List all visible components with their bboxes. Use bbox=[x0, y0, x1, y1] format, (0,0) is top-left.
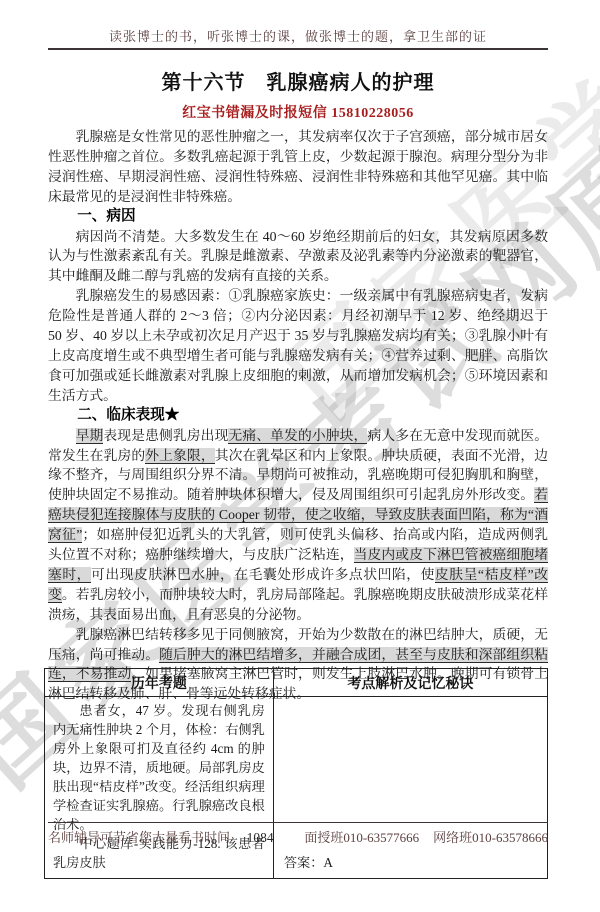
footer-phone-onsite: 面授班010-63577666 bbox=[304, 827, 419, 846]
exam-table: 历年考题 考点解析及记忆秘诀 患者女，47 岁。发现右侧乳房内无痛性肿块 2 个… bbox=[44, 668, 548, 879]
footer-slogan: 名师辅导可节省您大量看书时间 bbox=[48, 827, 230, 846]
page-title: 第十六节 乳腺癌病人的护理 bbox=[48, 66, 548, 95]
question-text: 患者女，47 岁。发现右侧乳房内无痛性肿块 2 个月，体检：右侧乳房外上象限可扪… bbox=[53, 701, 265, 834]
footer-phone-online: 网络班010-63578666 bbox=[433, 827, 548, 846]
paragraph-etiology-1: 病因尚不清楚。大多数发生在 40～60 岁绝经期前后的妇女，其发病原因多数认为与… bbox=[48, 227, 548, 287]
page-number: 1084 bbox=[230, 830, 290, 846]
answer-cell: 答案：A bbox=[273, 697, 547, 879]
header-divider bbox=[48, 48, 548, 50]
paragraph-intro: 乳腺癌是女性常见的恶性肿瘤之一，其发病率仅次于子宫颈癌，部分城市居女性恶性肿瘤之… bbox=[48, 127, 548, 207]
hotline-notice: 红宝书错漏及时报短信 15810228056 bbox=[48, 102, 548, 122]
exam-table-header-questions: 历年考题 bbox=[45, 669, 274, 697]
answer-text: 答案：A bbox=[284, 855, 333, 870]
question-cell: 患者女，47 岁。发现右侧乳房内无痛性肿块 2 个月，体检：右侧乳房外上象限可扪… bbox=[45, 697, 274, 879]
body-text: 乳腺癌是女性常见的恶性肿瘤之一，其发病率仅次于子宫颈癌，部分城市居女性恶性肿瘤之… bbox=[48, 127, 548, 704]
paragraph-clinical-1: 早期表现是患侧乳房出现无痛、单发的小肿块，病人多在无意中发现而就医。常发生在乳房… bbox=[48, 426, 548, 625]
exam-table-header-analysis: 考点解析及记忆秘诀 bbox=[273, 669, 547, 697]
footer-divider bbox=[48, 822, 548, 823]
footer: 名师辅导可节省您大量看书时间 1084 面授班010-63577666 网络班0… bbox=[48, 827, 548, 846]
exam-table-body-row: 患者女，47 岁。发现右侧乳房内无痛性肿块 2 个月，体检：右侧乳房外上象限可扪… bbox=[45, 697, 548, 879]
exam-table-header-row: 历年考题 考点解析及记忆秘诀 bbox=[45, 669, 548, 697]
heading-etiology: 一、病因 bbox=[48, 207, 548, 227]
header-slogan: 读张博士的书，听张博士的课，做张博士的题，拿卫生部的证 bbox=[48, 26, 548, 45]
paragraph-etiology-2: 乳腺癌发生的易感因素：①乳腺癌家族史：一级亲属中有乳腺癌病史者，发病危险性是普通… bbox=[48, 286, 548, 405]
document-page: 国家医学考试网原创 国家医学考试网原创 读张博士的书，听张博士的课，做张博士的题… bbox=[0, 0, 600, 912]
heading-clinical: 二、临床表现★ bbox=[48, 406, 548, 426]
